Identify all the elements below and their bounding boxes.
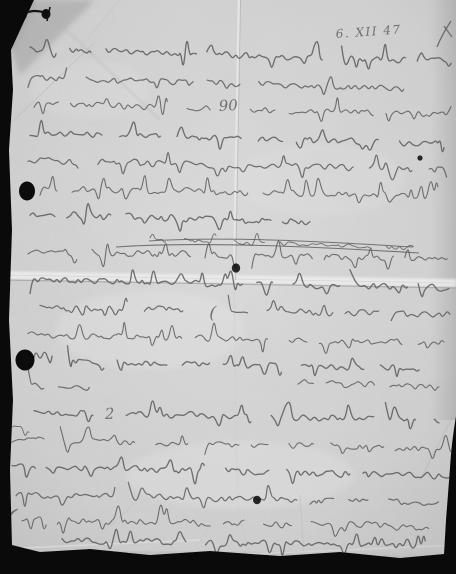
paper-sheet: 6. XII 4790(2(	[0, 0, 456, 574]
punch-hole	[16, 350, 35, 371]
letter-scan: 6. XII 4790(2(	[0, 0, 456, 574]
scan-bed: 6. XII 4790(2(	[0, 0, 456, 574]
punch-hole	[19, 182, 35, 201]
ink-blot	[253, 496, 261, 504]
legible-fragment: 2	[104, 405, 115, 423]
ink-blot	[232, 263, 240, 272]
legible-fragment: 90	[218, 96, 238, 115]
ink-blot	[417, 155, 422, 160]
